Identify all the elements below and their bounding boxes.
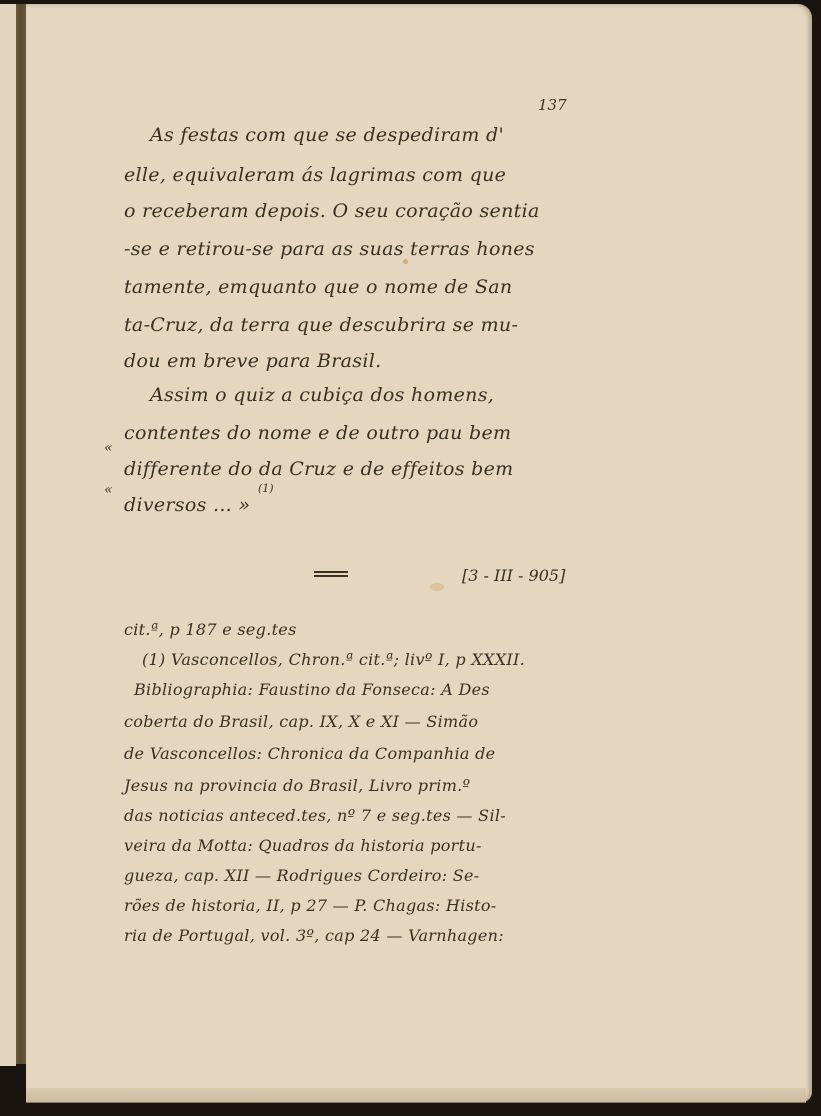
footnote-marker: (1): [258, 482, 274, 495]
body-line: Assim o quiz a cubiça dos homens,: [150, 384, 494, 406]
bibliography-line: das noticias anteced.tes, nº 7 e seg.tes…: [124, 806, 506, 825]
page-number: 137: [538, 96, 567, 114]
section-divider: [314, 571, 348, 577]
date-stamp: [3 - III - 905]: [462, 566, 565, 585]
body-line: elle, equivaleram ás lagrimas com que: [124, 164, 506, 186]
body-line: ta-Cruz, da terra que descubrira se mu-: [124, 314, 518, 336]
book-binding: [16, 4, 26, 1064]
page-bottom-edge: [26, 1088, 806, 1103]
bibliography-line: veira da Motta: Quadros da historia port…: [124, 836, 482, 855]
facing-page-edge: [0, 4, 16, 1066]
bibliography-line: coberta do Brasil, cap. IX, X e XI — Sim…: [124, 712, 478, 731]
bibliography-line: de Vasconcellos: Chronica da Companhia d…: [124, 744, 495, 763]
bibliography-line: Bibliographia: Faustino da Fonseca: A De…: [134, 680, 490, 699]
quote-mark: «: [104, 440, 113, 456]
body-line: contentes do nome e de outro pau bem: [124, 422, 511, 444]
body-line: differente do da Cruz e de effeitos bem: [124, 458, 513, 480]
bibliography-line: Jesus na provincia do Brasil, Livro prim…: [124, 776, 470, 795]
bibliography-line: gueza, cap. XII — Rodrigues Cordeiro: Se…: [124, 866, 480, 885]
bibliography-line: rões de historia, II, p 27 — P. Chagas: …: [124, 896, 497, 915]
body-line: dou em breve para Brasil.: [124, 350, 381, 372]
paper-stain: [430, 583, 444, 591]
body-line: As festas com que se despediram d': [150, 124, 504, 146]
note-line: cit.ª, p 187 e seg.tes: [124, 620, 297, 639]
body-line: o receberam depois. O seu coração sentia: [124, 200, 540, 222]
body-line: -se e retirou-se para as suas terras hon…: [124, 238, 535, 260]
bibliography-line: ria de Portugal, vol. 3º, cap 24 — Varnh…: [124, 926, 504, 945]
footnote-line: (1) Vasconcellos, Chron.ª cit.ª; livº I,…: [142, 650, 525, 669]
body-line: tamente, emquanto que o nome de San: [124, 276, 512, 298]
body-line: diversos ... »: [124, 494, 250, 516]
quote-mark: «: [104, 482, 113, 498]
